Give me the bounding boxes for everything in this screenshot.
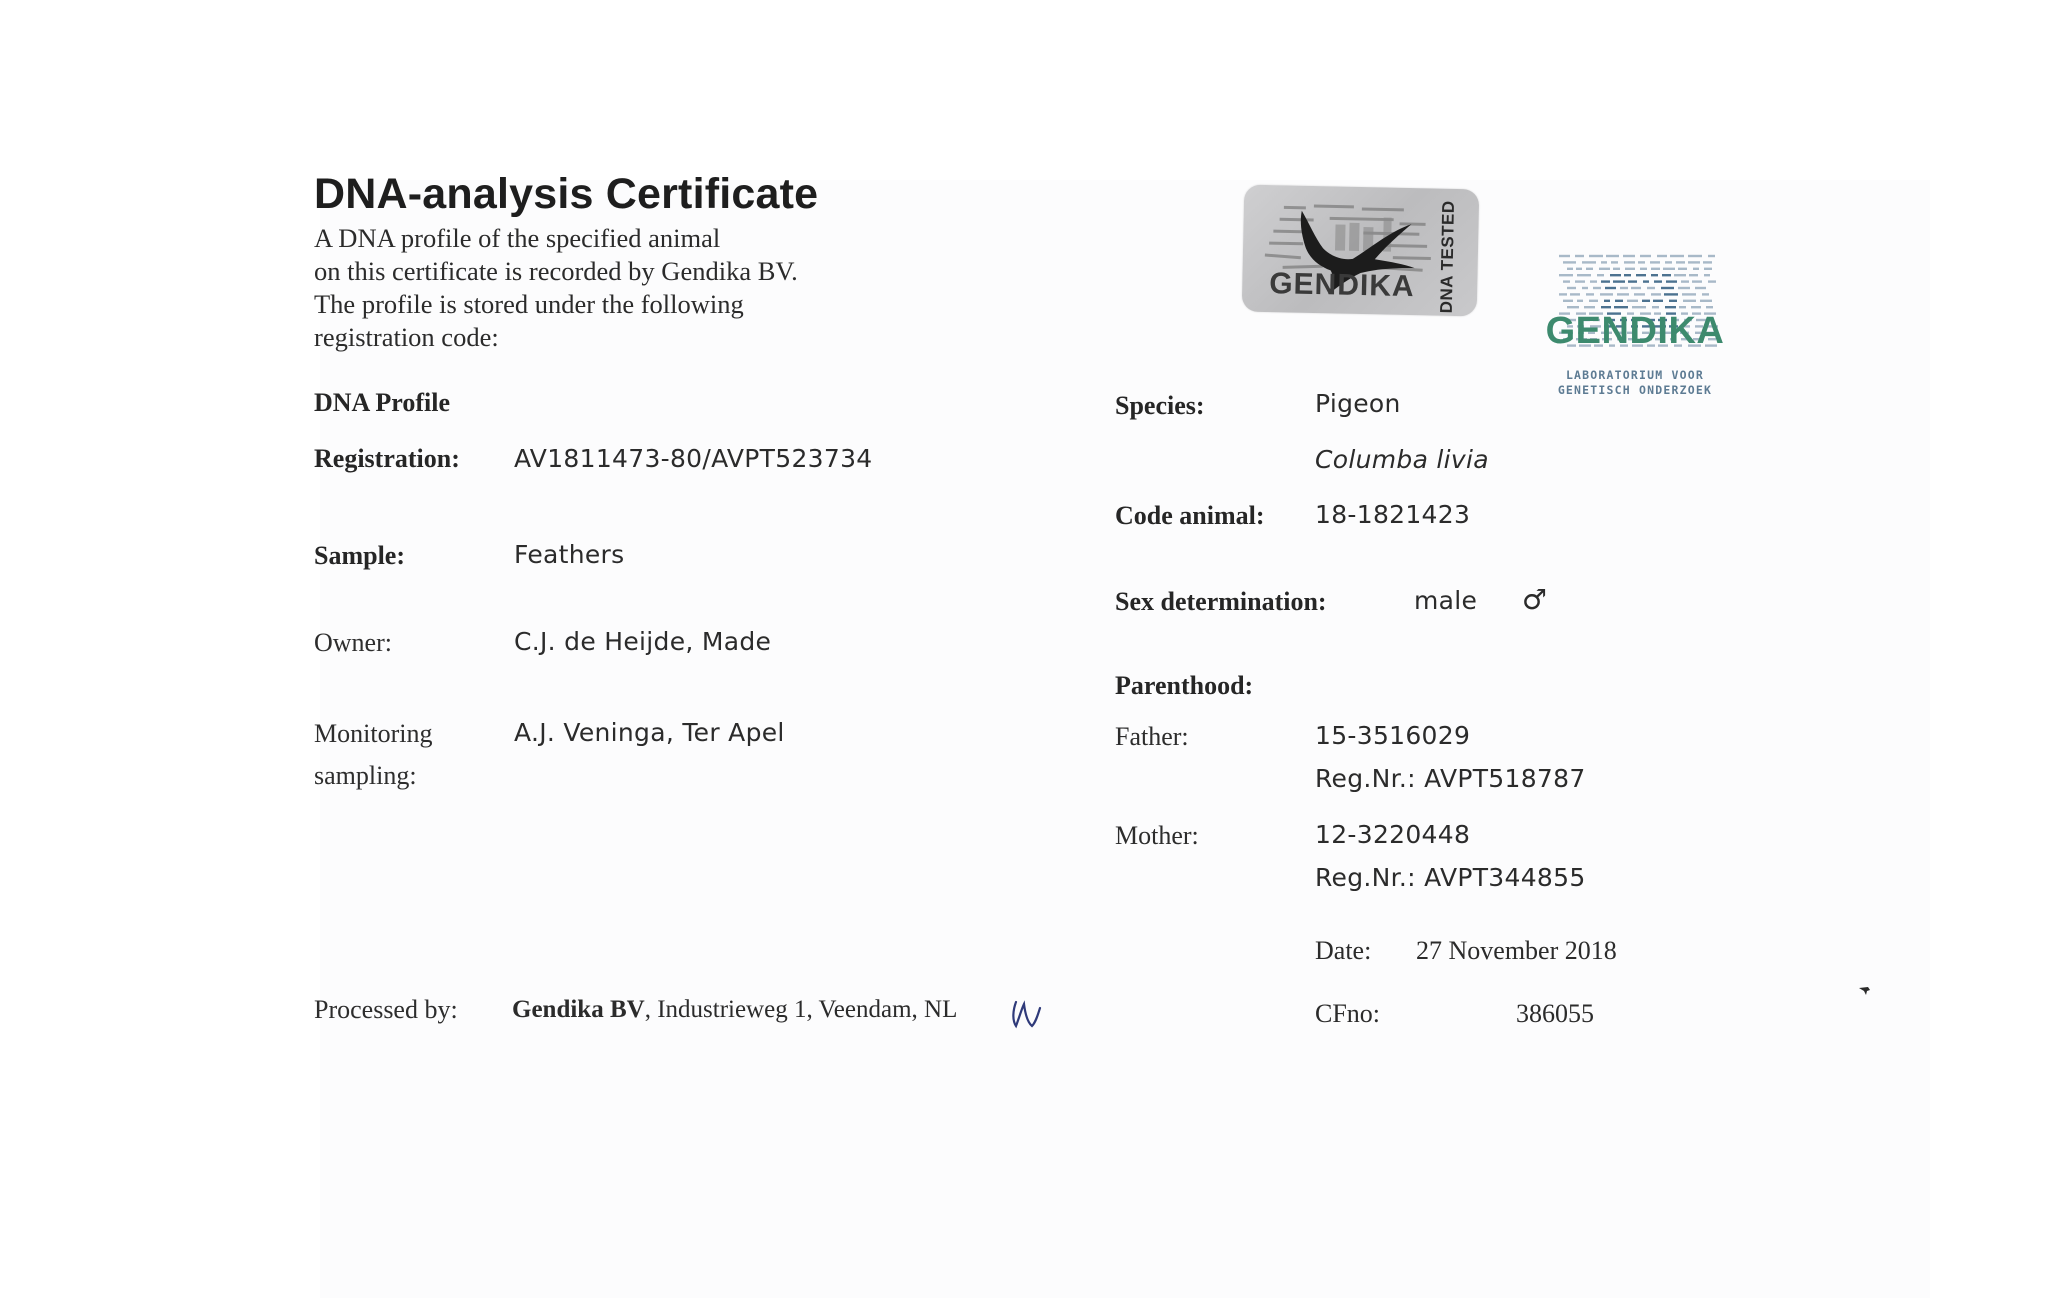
processor-address: , Industrieweg 1, Veendam, NL xyxy=(645,996,958,1023)
father-label: Father: xyxy=(1115,722,1189,752)
date-value: 27 November 2018 xyxy=(1416,936,1617,966)
intro-line: A DNA profile of the specified animal xyxy=(314,222,798,255)
monitoring-label-cont: sampling: xyxy=(314,761,417,791)
male-symbol-icon: ♂ xyxy=(1522,583,1547,616)
cfno-value: 386055 xyxy=(1516,999,1594,1029)
species-label: Species: xyxy=(1115,391,1205,421)
father-reg: Reg.Nr.: AVPT518787 xyxy=(1315,764,1586,793)
mother-reg: Reg.Nr.: AVPT344855 xyxy=(1315,863,1586,892)
species-latin: Columba livia xyxy=(1315,445,1489,474)
intro-text: A DNA profile of the specified animal on… xyxy=(314,222,798,354)
certificate-title: DNA-analysis Certificate xyxy=(314,170,818,219)
species-value: Pigeon xyxy=(1315,389,1401,418)
sex-label: Sex determination: xyxy=(1115,587,1327,617)
mother-code: 12-3220448 xyxy=(1315,820,1470,849)
sex-value: male xyxy=(1414,586,1477,615)
intro-line: on this certificate is recorded by Gendi… xyxy=(314,255,798,288)
code-animal-value: 18-1821423 xyxy=(1315,500,1470,529)
sticker-brand: GENDIKA xyxy=(1269,267,1415,304)
logo-subtitle-line: GENETISCH ONDERZOEK xyxy=(1535,383,1735,398)
intro-line: registration code: xyxy=(314,321,798,354)
mother-label: Mother: xyxy=(1115,821,1199,851)
owner-label: Owner: xyxy=(314,628,392,658)
registration-value: AV1811473-80/AVPT523734 xyxy=(514,444,873,473)
signature-initials-icon xyxy=(1010,996,1050,1032)
logo-brand-name: GENDIKA xyxy=(1545,310,1725,353)
processed-by-label: Processed by: xyxy=(314,995,458,1025)
scan-speck xyxy=(1858,985,1872,997)
owner-value: C.J. de Heijde, Made xyxy=(514,627,771,656)
sticker-tag: DNA TESTED xyxy=(1437,200,1459,313)
dna-profile-heading: DNA Profile xyxy=(314,388,450,418)
father-code: 15-3516029 xyxy=(1315,721,1470,750)
monitoring-label: Monitoring xyxy=(314,719,432,749)
sample-value: Feathers xyxy=(514,540,624,569)
logo-subtitle-line: LABORATORIUM VOOR xyxy=(1535,368,1735,383)
cfno-label: CFno: xyxy=(1315,999,1380,1029)
date-label: Date: xyxy=(1315,936,1371,966)
code-animal-label: Code animal: xyxy=(1115,501,1265,531)
processor-name: Gendika BV xyxy=(512,996,645,1023)
registration-label: Registration: xyxy=(314,444,460,474)
monitoring-value: A.J. Veninga, Ter Apel xyxy=(514,718,785,747)
logo-subtitle: LABORATORIUM VOOR GENETISCH ONDERZOEK xyxy=(1535,368,1735,398)
sample-label: Sample: xyxy=(314,541,405,571)
intro-line: The profile is stored under the followin… xyxy=(314,288,798,321)
parenthood-heading: Parenthood: xyxy=(1115,671,1253,701)
processed-by-value: Gendika BV, Industrieweg 1, Veendam, NL xyxy=(512,996,957,1024)
dna-tested-sticker: GENDIKA DNA TESTED xyxy=(1242,185,1480,317)
